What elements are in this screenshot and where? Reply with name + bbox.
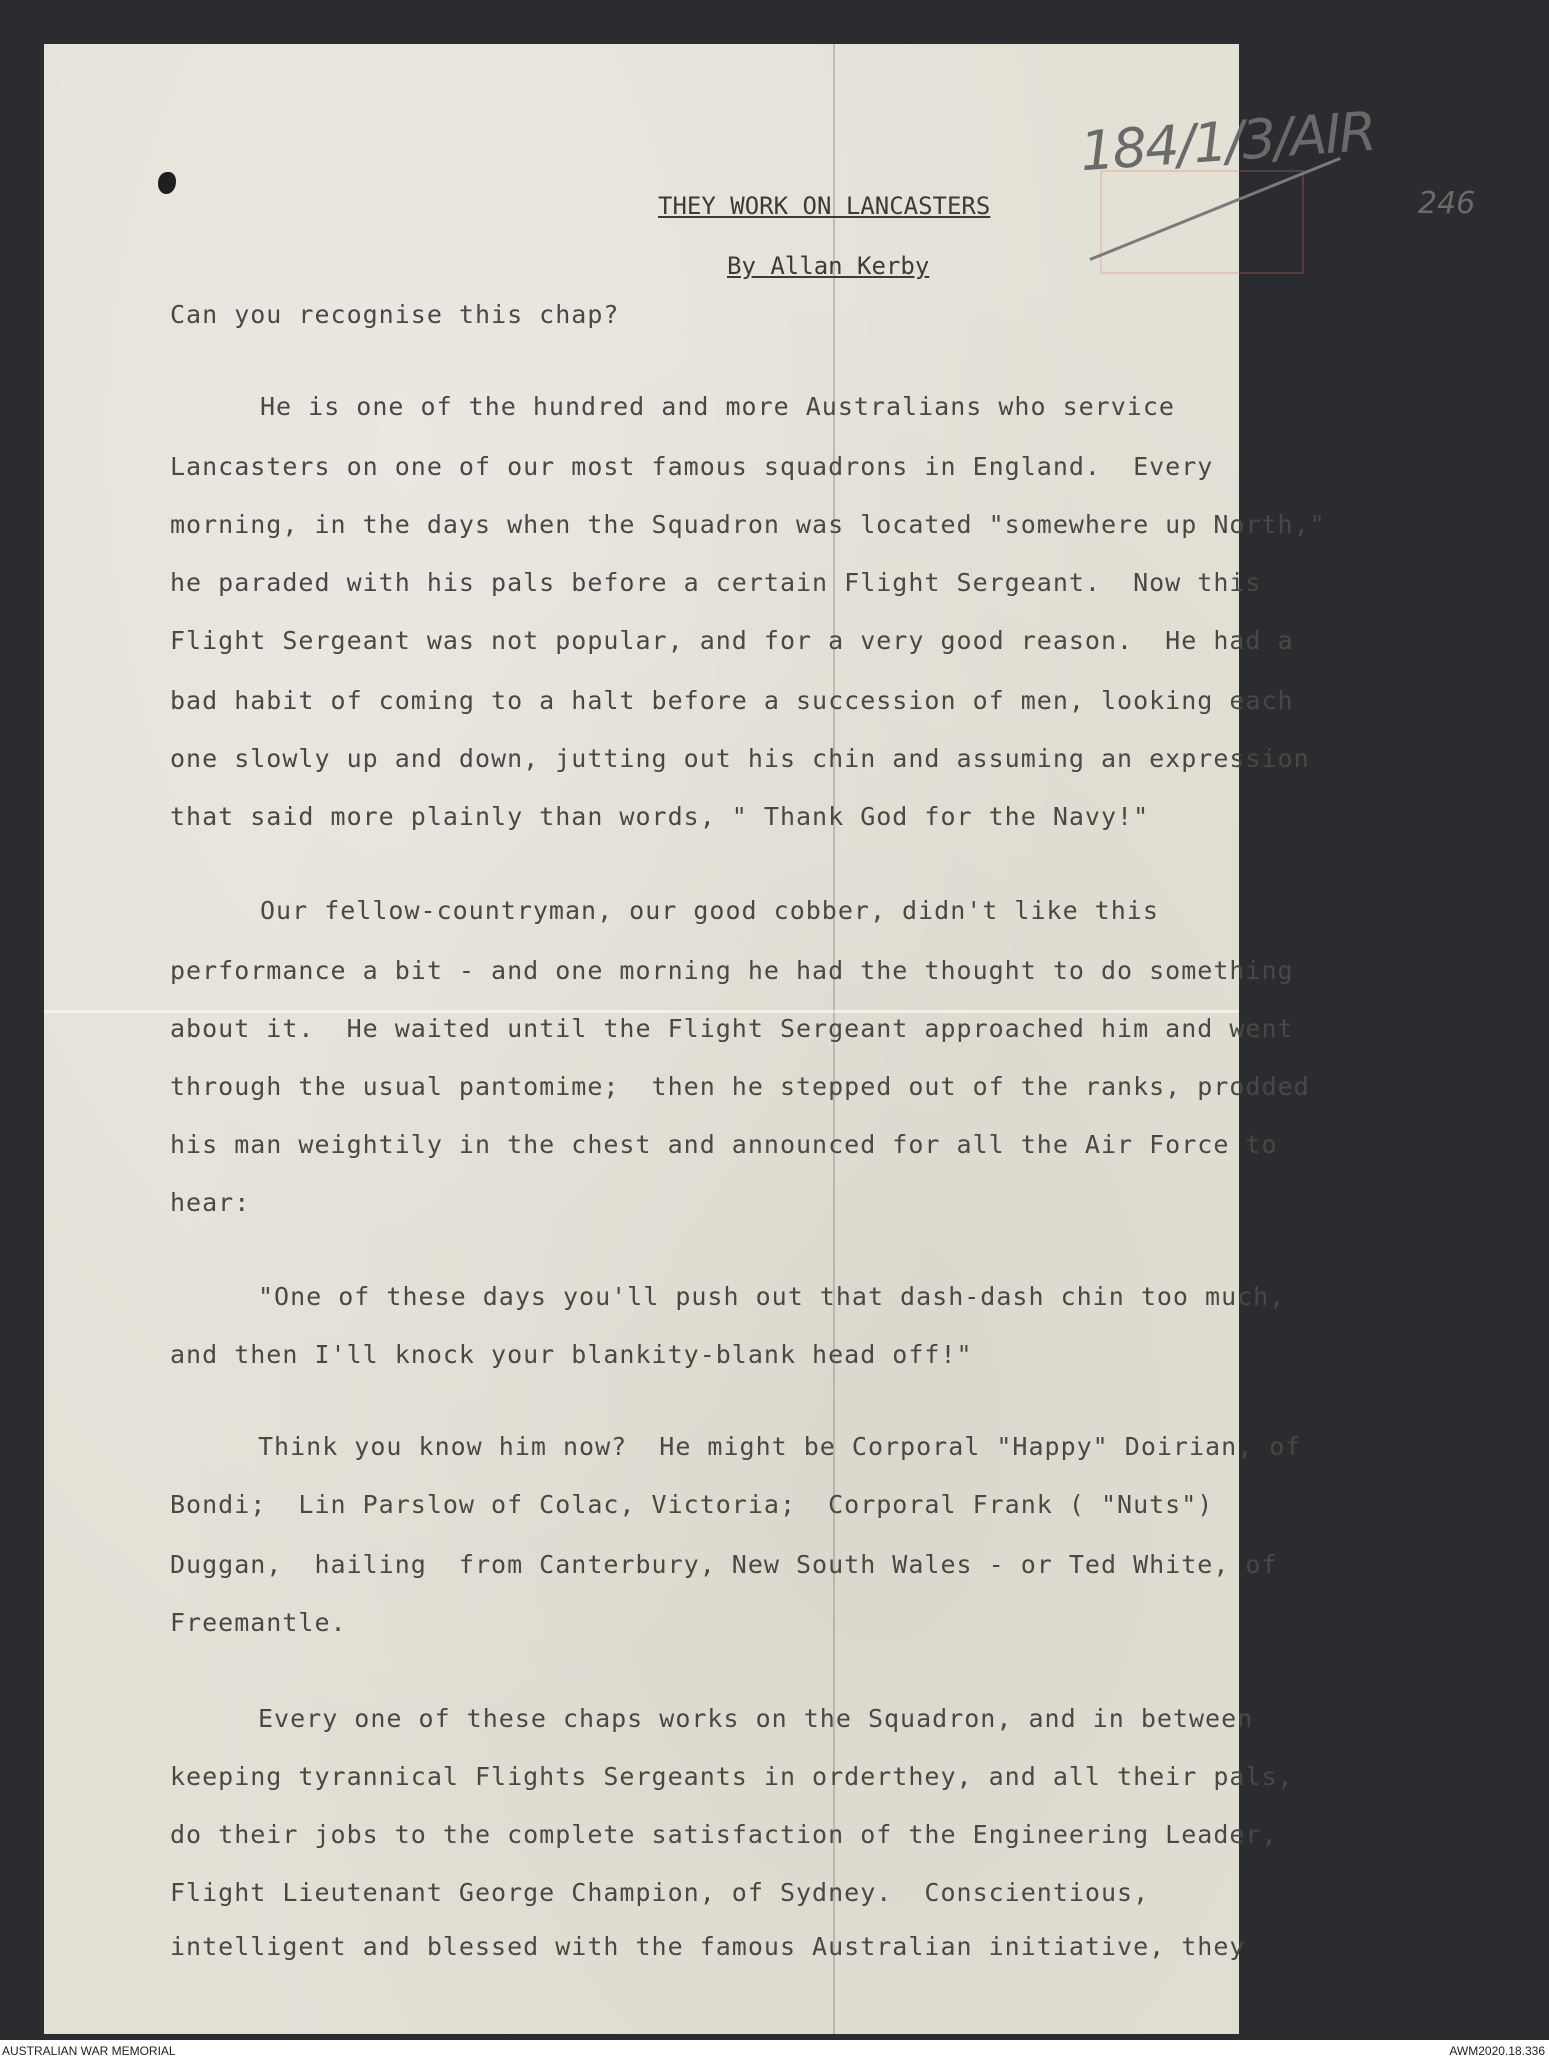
typed-line: Freemantle. [170, 1608, 347, 1637]
typed-line: bad habit of coming to a halt before a s… [170, 686, 1294, 715]
typed-line: Can you recognise this chap? [170, 300, 619, 329]
typed-line: Flight Lieutenant George Champion, of Sy… [170, 1878, 1149, 1907]
typed-line: through the usual pantomime; then he ste… [170, 1072, 1310, 1101]
typed-line: intelligent and blessed with the famous … [170, 1932, 1245, 1961]
typed-line: hear: [170, 1188, 250, 1217]
typed-line: He is one of the hundred and more Austra… [260, 392, 1175, 421]
typed-line: he paraded with his pals before a certai… [170, 568, 1262, 597]
typed-line: do their jobs to the complete satisfacti… [170, 1820, 1278, 1849]
typed-line: Flight Sergeant was not popular, and for… [170, 626, 1294, 655]
typed-line: morning, in the days when the Squadron w… [170, 510, 1326, 539]
document-byline: By Allan Kerby [727, 252, 929, 280]
handwritten-page-number: 246 [1418, 186, 1475, 221]
typed-line: his man weightily in the chest and annou… [170, 1130, 1278, 1159]
footer-accession-number: AWM2020.18.336 [1449, 2044, 1545, 2058]
typed-line: Lancasters on one of our most famous squ… [170, 452, 1213, 481]
document-title: THEY WORK ON LANCASTERS [658, 192, 990, 220]
horizontal-fold-crease [44, 1010, 1239, 1013]
typed-line: about it. He waited until the Flight Ser… [170, 1014, 1294, 1043]
typed-line: and then I'll knock your blankity-blank … [170, 1340, 973, 1369]
typed-line: Our fellow-countryman, our good cobber, … [260, 896, 1159, 925]
typed-line: performance a bit - and one morning he h… [170, 956, 1294, 985]
typed-line: Think you know him now? He might be Corp… [258, 1432, 1301, 1461]
footer-institution: AUSTRALIAN WAR MEMORIAL [2, 2044, 176, 2058]
typed-line: Every one of these chaps works on the Sq… [258, 1704, 1253, 1733]
typed-line: keeping tyrannical Flights Sergeants in … [170, 1762, 1294, 1791]
typed-line: Bondi; Lin Parslow of Colac, Victoria; C… [170, 1490, 1213, 1519]
typed-line: that said more plainly than words, " Tha… [170, 802, 1149, 831]
typed-line: Duggan, hailing from Canterbury, New Sou… [170, 1550, 1278, 1579]
typed-line: "One of these days you'll push out that … [258, 1282, 1285, 1311]
typed-line: one slowly up and down, jutting out his … [170, 744, 1310, 773]
